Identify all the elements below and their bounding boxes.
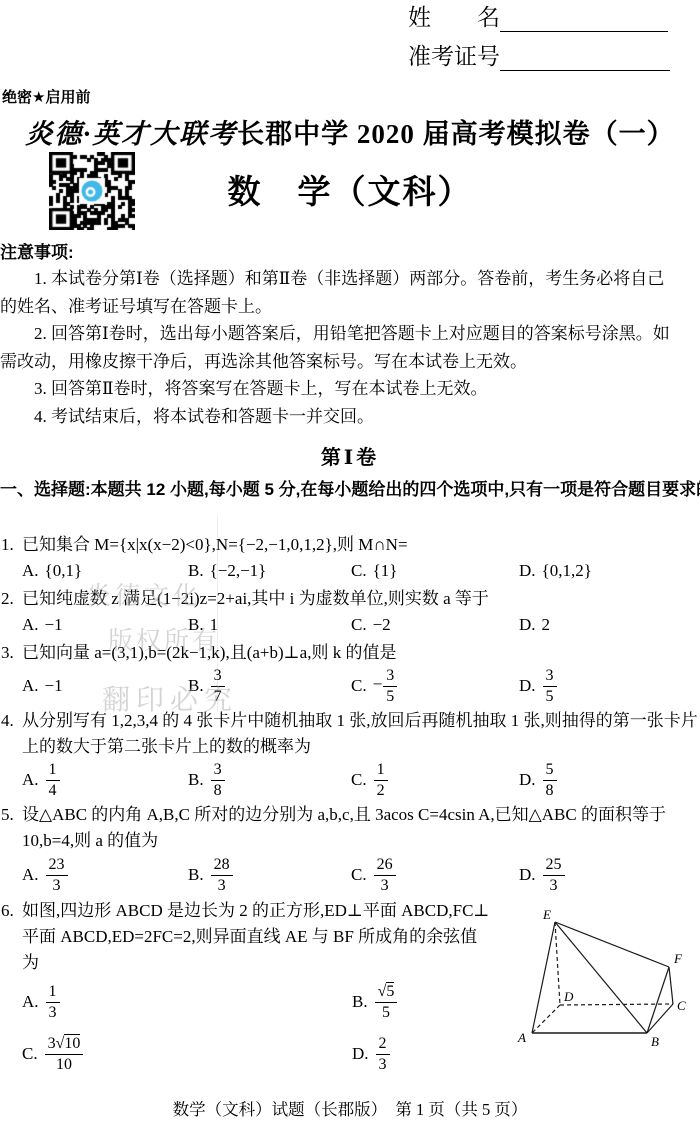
question-5-options: A.233 B.283 C.263 D.253 [22, 854, 700, 896]
question-1-option-a: A.{0,1} [22, 558, 188, 584]
notes-heading: 注意事项: [0, 241, 674, 265]
name-fill-line [500, 5, 668, 32]
question-2-option-b: B.1 [188, 612, 351, 638]
multiple-choice-section-head: 一、选择题:本题共 12 小题,每小题 5 分,在每小题给出的四个选项中,只有一… [0, 476, 700, 503]
admission-id-fill-line [500, 44, 670, 71]
figure-label-e: E [542, 907, 551, 922]
figure-label-f: F [673, 951, 683, 966]
watermark-edge-line [217, 516, 218, 712]
question-6-figure: E F D C A B [502, 899, 697, 1061]
exam-paper-page: 姓 名 准考证号 绝密★启用前 炎德·英才大联考长郡中学 2020 届高考模拟卷… [0, 0, 700, 1135]
question-1: 1. 已知集合 M={x|x(x−2)<0},N={−2,−1,0,1,2},则… [0, 532, 700, 584]
question-5-stem: 设△ABC 的内角 A,B,C 所对的边分别为 a,b,c,且 3acos C=… [22, 802, 700, 854]
question-6-option-b: B.√55 [352, 982, 494, 1021]
question-1-option-b: B.{−2,−1} [188, 558, 351, 584]
question-2-option-d: D.2 [519, 612, 700, 638]
note-item-4: 4. 考试结束后，将本试卷和答题卡一并交回。 [0, 403, 674, 431]
part1-title: 第Ⅰ卷 [0, 441, 700, 470]
question-1-options: A.{0,1} B.{−2,−1} C.{1} D.{0,1,2} [22, 558, 700, 584]
question-2-number: 2. [1, 586, 14, 612]
question-5: 5. 设△ABC 的内角 A,B,C 所对的边分别为 a,b,c,且 3acos… [0, 802, 700, 896]
question-4: 4. 从分别写有 1,2,3,4 的 4 张卡片中随机抽取 1 张,放回后再随机… [0, 708, 700, 800]
question-2-stem: 已知纯虚数 z 满足(1−2i)z=2+ai,其中 i 为虚数单位,则实数 a … [22, 586, 700, 612]
figure-label-d: D [563, 989, 574, 1004]
question-3-option-c: C.−35 [351, 666, 519, 705]
question-2: 2. 已知纯虚数 z 满足(1−2i)z=2+ai,其中 i 为虚数单位,则实数… [0, 586, 700, 638]
question-4-number: 4. [1, 708, 14, 734]
figure-label-c: C [677, 998, 686, 1013]
subject-title: 数 学（文科） [0, 166, 700, 213]
question-3-stem: 已知向量 a=(3,1),b=(2k−1,k),且(a+b)⊥a,则 k 的值是 [22, 640, 700, 666]
question-4-option-b: B.38 [188, 760, 351, 799]
question-4-option-c: C.12 [351, 760, 519, 799]
note-item-1: 1. 本试卷分第Ⅰ卷（选择题）和第Ⅱ卷（非选择题）两部分。答卷前，考生务必将自己… [0, 265, 674, 320]
question-3: 3. 已知向量 a=(3,1),b=(2k−1,k),且(a+b)⊥a,则 k … [0, 640, 700, 706]
question-4-option-a: A.14 [22, 760, 188, 799]
question-4-option-d: D.58 [519, 760, 700, 799]
question-1-option-c: C.{1} [351, 558, 519, 584]
question-4-stem: 从分别写有 1,2,3,4 的 4 张卡片中随机抽取 1 张,放回后再随机抽取 … [22, 708, 700, 760]
question-6-number: 6. [1, 898, 14, 924]
figure-label-b: B [651, 1034, 659, 1049]
page-footer: 数学（文科）试题（长郡版） 第 1 页（共 5 页） [0, 1096, 700, 1120]
question-6-option-a: A.13 [22, 982, 352, 1021]
admission-id-row: 准考证号 [408, 43, 670, 71]
exam-title-rest: 长郡中学 2020 届高考模拟卷（一） [237, 119, 675, 149]
question-5-option-d: D.253 [519, 855, 700, 894]
question-2-option-a: A.−1 [22, 612, 188, 638]
question-5-number: 5. [1, 802, 14, 828]
name-label: 姓 名 [408, 4, 500, 32]
notes-section: 注意事项: 1. 本试卷分第Ⅰ卷（选择题）和第Ⅱ卷（非选择题）两部分。答卷前，考… [0, 241, 674, 430]
question-6-options-row-2: C.3√1010 D.23 [22, 1028, 494, 1080]
figure-label-a: A [517, 1030, 526, 1045]
question-6-option-d: D.23 [352, 1034, 494, 1073]
question-3-option-b: B.37 [188, 666, 351, 705]
question-2-option-c: C.−2 [351, 612, 519, 638]
question-6-option-c: C.3√1010 [22, 1034, 352, 1073]
question-6-stem: 如图,四边形 ABCD 是边长为 2 的正方形,ED⊥平面 ABCD,FC⊥平面… [22, 898, 494, 976]
question-3-number: 3. [1, 640, 14, 666]
note-item-3: 3. 回答第Ⅱ卷时，将答案写在答题卡上，写在本试卷上无效。 [0, 375, 674, 403]
question-5-option-a: A.233 [22, 855, 188, 894]
question-3-option-d: D.35 [519, 666, 700, 705]
question-1-option-d: D.{0,1,2} [519, 558, 700, 584]
question-6-options-row-1: A.13 B.√55 [22, 976, 494, 1028]
question-1-number: 1. [1, 532, 14, 558]
admission-id-label: 准考证号 [408, 43, 500, 71]
question-1-stem: 已知集合 M={x|x(x−2)<0},N={−2,−1,0,1,2},则 M∩… [22, 532, 700, 558]
question-3-options: A.−1 B.37 C.−35 D.35 [22, 666, 700, 706]
candidate-info-block: 姓 名 准考证号 [408, 4, 670, 82]
name-row: 姓 名 [408, 4, 670, 32]
secrecy-label: 绝密★启用前 [2, 86, 90, 107]
question-5-option-c: C.263 [351, 855, 519, 894]
question-5-option-b: B.283 [188, 855, 351, 894]
exam-title: 炎德·英才大联考长郡中学 2020 届高考模拟卷（一） [0, 112, 700, 151]
question-3-option-a: A.−1 [22, 673, 188, 699]
question-2-options: A.−1 B.1 C.−2 D.2 [22, 612, 700, 638]
question-4-options: A.14 B.38 C.12 D.58 [22, 760, 700, 800]
note-item-2: 2. 回答第Ⅰ卷时，选出每小题答案后，用铅笔把答题卡上对应题目的答案标号涂黑。如… [0, 320, 674, 375]
exam-series-name: 炎德·英才大联考 [25, 119, 237, 149]
